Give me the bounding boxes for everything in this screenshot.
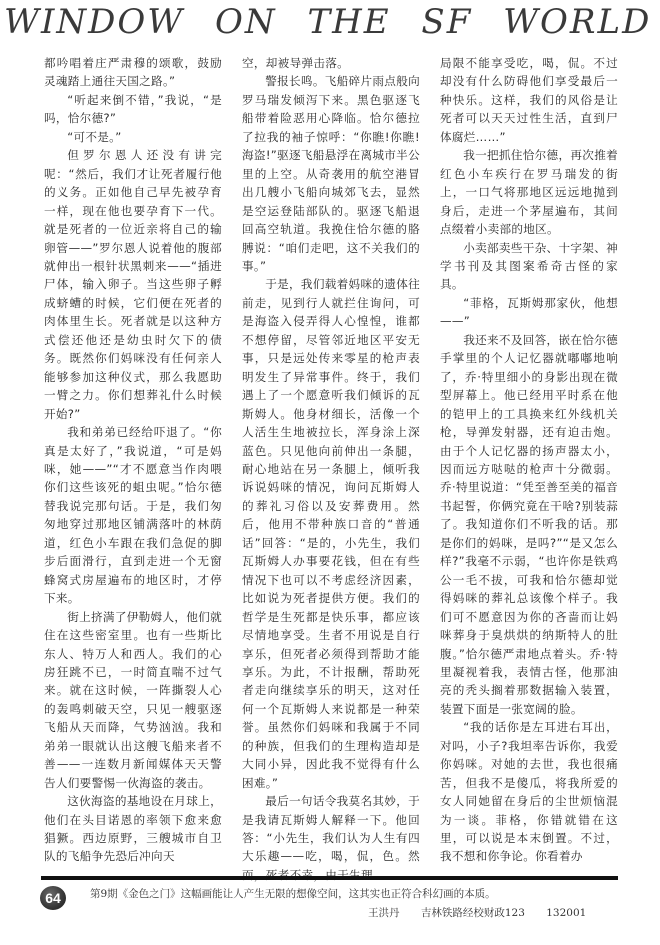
page-header: WINDOW ON THE SF WORLD bbox=[0, 0, 660, 44]
paragraph: 这伙海盗的基地设在月球上，他们在头目诺恩的率领下愈来愈猖獗。西边原野，三艘城市自… bbox=[44, 792, 222, 866]
footer-divider bbox=[41, 876, 618, 880]
paragraph: 于是，我们载着妈咪的遗体往前走，见到行人就拦住询问，可是海盗入侵弄得人心惶惶，谁… bbox=[242, 275, 420, 792]
paragraph: 局限不能享受吃，喝，侃。不过却没有什么防碍他们享受最后一种快乐。这样，我们的风俗… bbox=[440, 54, 618, 146]
paragraph: 我还来不及回答，嵌在恰尔德手掌里的个人记忆器就嘟嘟地响了，乔·特里细小的身影出现… bbox=[440, 331, 618, 719]
magazine-section-title: WINDOW ON THE SF WORLD bbox=[4, 2, 660, 42]
paragraph: 但罗尔恩人还没有讲完呢：“然后，我们才让死者履行他的义务。正如他自己早先被孕育一… bbox=[44, 146, 222, 423]
paragraph: 警报长鸣。飞船碎片雨点般向罗马瑞发倾泻下来。黑色驱逐飞船带着险恶用心降临。恰尔德… bbox=[242, 72, 420, 275]
paragraph: “听起来倒不错，”我说，“是吗，恰尔德?” bbox=[44, 91, 222, 128]
footer-contributor: 王洪丹 吉林铁路经校财政123 132001 bbox=[368, 905, 604, 920]
text-column-3: 局限不能享受吃，喝，侃。不过却没有什么防碍他们享受最后一种快乐。这样，我们的风俗… bbox=[440, 54, 618, 866]
paragraph: 街上挤满了伊勒姆人，他们就住在这些密室里。也有一些斯比东人、特万人和西人。我们的… bbox=[44, 608, 222, 793]
paragraph: 我一把抓住恰尔德，再次推着红色小车疾行在罗马瑞发的街上，一口气将那地区远远地抛到… bbox=[440, 146, 618, 238]
text-column-1: 都吟唱着庄严肃穆的颂歌，鼓励灵魂踏上通往天国之路。” “听起来倒不错，”我说，“… bbox=[44, 54, 222, 866]
contributor-name: 王洪丹 bbox=[368, 907, 400, 919]
footer-caption: 第9期《金色之门》这幅画能让人产生无限的想像空间，这其实也正符合科幻画的本质。 bbox=[90, 886, 496, 901]
paragraph: 最后一句话令我莫名其妙，于是我请瓦斯姆人解释一下。他回答：“小先生，我们认为人生… bbox=[242, 792, 420, 884]
paragraph: 都吟唱着庄严肃穆的颂歌，鼓励灵魂踏上通往天国之路。” bbox=[44, 54, 222, 91]
paragraph: 空，却被导弹击落。 bbox=[242, 54, 420, 72]
contributor-address: 吉林铁路经校财政123 bbox=[421, 907, 525, 919]
paragraph: “菲格，瓦斯姆那家伙，他想——” bbox=[440, 294, 618, 331]
contributor-postcode: 132001 bbox=[546, 907, 586, 919]
paragraph: “我的话你是左耳进右耳出，对吗，小子?我坦率告诉你，我爱你妈咪。对她的去世，我也… bbox=[440, 718, 618, 866]
paragraph: 小卖部卖些干杂、十字架、神学书刊及其图案希奇古怪的家具。 bbox=[440, 239, 618, 294]
paragraph: “可不是。” bbox=[44, 128, 222, 146]
page-number-badge: 64 bbox=[40, 886, 66, 910]
paragraph: 我和弟弟已经给吓退了。“你真是太好了，”我说道，“可是妈咪，她——”“才不愿意当… bbox=[44, 423, 222, 608]
text-column-2: 空，却被导弹击落。 警报长鸣。飞船碎片雨点般向罗马瑞发倾泻下来。黑色驱逐飞船带着… bbox=[242, 54, 420, 884]
